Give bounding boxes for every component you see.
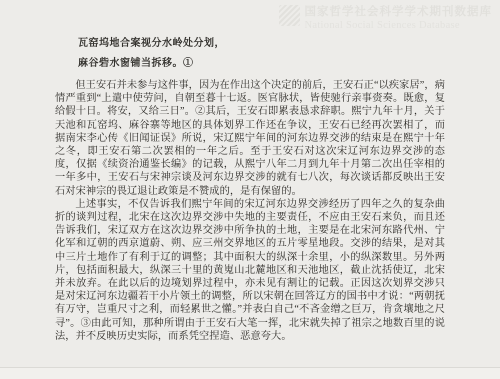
watermark-text: 国家哲学社会科学学术期刊数据库 National Social Sciences… (305, 3, 493, 31)
scanned-document-page: 国家哲学社会科学学术期刊数据库 National Social Sciences… (0, 0, 500, 379)
quote-line-1: 瓦窑坞地合案视分水岭处分划， (78, 34, 444, 54)
page-bottom-edge (0, 367, 500, 379)
paragraph-2: 上述事实，不仅告诉我们熙宁年间的宋辽河东边界交涉经历了四年之久的复杂曲折的谈判过… (55, 198, 445, 343)
watermark-title-en: National Social Sciences Database (305, 20, 493, 31)
paragraph-1: 但王安石并未参与这件事，因为在作出这个决定的前后，王安石正“以疾家居”，病情严重… (55, 79, 445, 198)
database-watermark: 国家哲学社会科学学术期刊数据库 National Social Sciences… (279, 3, 493, 31)
blockquote-verse: 瓦窑坞地合案视分水岭处分划， 麻谷砦水窗铺当拆移。① (78, 34, 444, 74)
quote-line-2: 麻谷砦水窗铺当拆移。① (78, 54, 444, 74)
nssd-logo-icon (279, 5, 300, 26)
watermark-title-cn: 国家哲学社会科学学术期刊数据库 (305, 3, 493, 19)
